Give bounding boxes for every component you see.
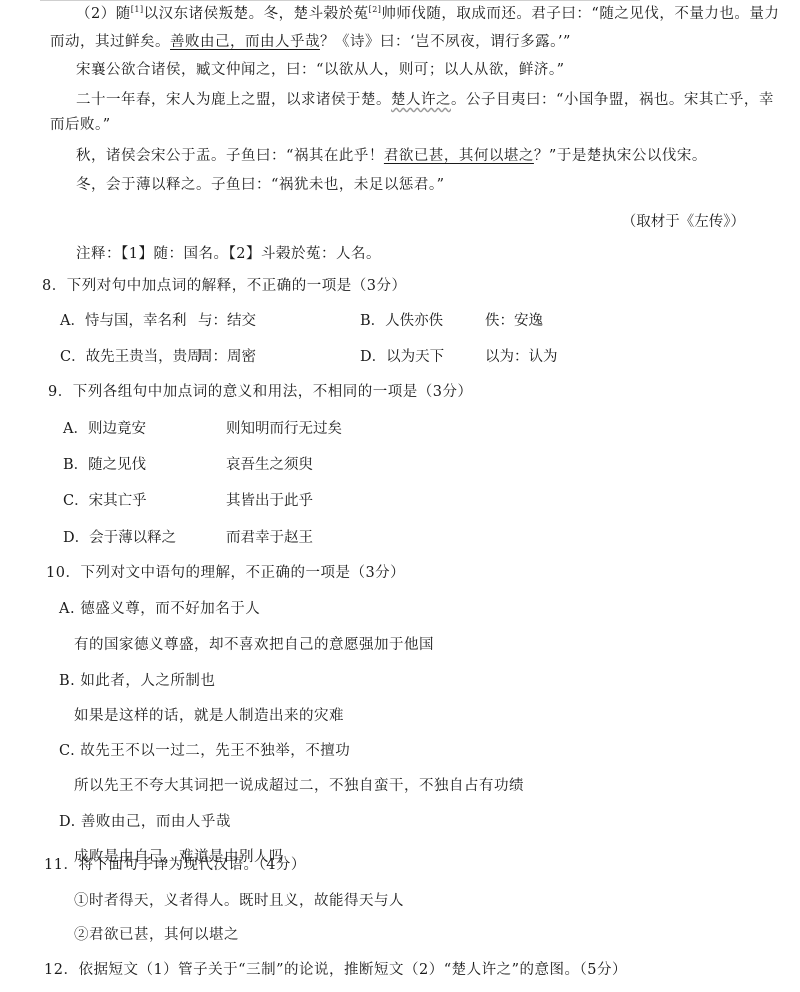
text: 二十一年春，宋人为鹿上之盟，以求诸侯于楚。 <box>76 92 391 108</box>
q9-option-d-right: 而君幸于赵王 <box>226 526 313 547</box>
q9-option-b-left: B．随之见伐 <box>63 453 146 474</box>
q10-option-b: B. 如此者，人之所制也 <box>59 669 215 690</box>
q8-option-a-explain: 与：结交 <box>198 309 256 330</box>
q8-option-d: D．以为天下 <box>360 345 444 366</box>
text: 秋，诸侯会宋公于盂。子鱼曰：“祸其在此乎！ <box>76 148 384 164</box>
question-12-stem: 12．依据短文（1）管子关于“三制”的论说，推断短文（2）“楚人许之”的意图。（… <box>44 958 627 979</box>
q9-option-a-left: A．则边竟安 <box>63 417 146 438</box>
q10-option-a-explain: 有的国家德义尊盛，却不喜欢把自己的意愿强加于他国 <box>74 633 434 654</box>
text: ？”于是楚执宋公以伐宋。 <box>534 148 707 164</box>
source-citation: （取材于《左传》） <box>622 210 745 231</box>
underlined-sentence: 君欲已甚，其何以堪之 <box>384 148 534 164</box>
wavy-underlined-phrase: 楚人许之 <box>391 92 451 108</box>
passage-p1-line2: 而动，其过鲜矣。善败由己，而由人乎哉？《诗》曰：‘岂不夙夜，谓行多露。’” <box>50 30 571 51</box>
q8-option-d-explain: 以为：认为 <box>485 345 558 366</box>
question-9-stem: 9．下列各组句中加点词的意义和用法，不相同的一项是（3分） <box>48 380 472 401</box>
passage-p1-line1: （2）随[1]以汉东诸侯叛楚。冬，楚斗榖於菟[2]帅师伐随，取成而还。君子曰：“… <box>76 2 779 23</box>
q10-option-a: A. 德盛义尊，而不好加名于人 <box>59 597 260 618</box>
annotation-notes: 注释：【1】随：国名。【2】斗榖於菟：人名。 <box>76 242 381 263</box>
text: （2）随 <box>76 6 131 22</box>
passage-p4: 秋，诸侯会宋公于盂。子鱼曰：“祸其在此乎！君欲已甚，其何以堪之？”于是楚执宋公以… <box>76 144 707 165</box>
passage-p5: 冬，会于薄以释之。子鱼曰：“祸犹未也，未足以惩君。” <box>76 173 445 194</box>
q9-option-c-left: C．宋其亡乎 <box>63 489 147 510</box>
passage-p2: 宋襄公欲合诸侯，臧文仲闻之，曰：“以欲从人，则可；以人从欲，鲜济。” <box>76 58 565 79</box>
q10-option-c: C. 故先王不以一过二，先王不独举，不擅功 <box>59 739 350 760</box>
q11-item-1: ①时者得天，义者得人。既时且义，故能得天与人 <box>74 889 404 910</box>
q8-option-b: B．人佚亦佚 <box>360 309 443 330</box>
underlined-sentence: 善败由己，而由人乎哉 <box>170 34 320 50</box>
question-10-stem: 10．下列对文中语句的理解，不正确的一项是（3分） <box>46 561 405 582</box>
text: 。公子目夷曰：“小国争盟，祸也。宋其亡乎，幸 <box>451 92 774 108</box>
question-8-stem: 8．下列对句中加点词的解释，不正确的一项是（3分） <box>42 274 406 295</box>
text: 而动，其过鲜矣。 <box>50 34 170 50</box>
q9-option-d-left: D．会于薄以释之 <box>63 526 176 547</box>
q8-option-c: C．故先王贵当，贵周 <box>60 345 202 366</box>
footnote-ref-2: [2] <box>369 5 382 14</box>
q9-option-c-right: 其皆出于此乎 <box>226 489 313 510</box>
text: 以汉东诸侯叛楚。冬，楚斗榖於菟 <box>144 6 369 22</box>
q10-option-d: D. 善败由己，而由人乎哉 <box>59 810 231 831</box>
footnote-ref-1: [1] <box>131 5 144 14</box>
passage-p3-line1: 二十一年春，宋人为鹿上之盟，以求诸侯于楚。楚人许之。公子目夷曰：“小国争盟，祸也… <box>76 88 774 109</box>
page-top-rule <box>40 0 640 1</box>
q11-item-2: ②君欲已甚，其何以堪之 <box>74 923 239 944</box>
q9-option-b-right: 哀吾生之须臾 <box>226 453 313 474</box>
q8-option-c-explain: 周：周密 <box>198 345 256 366</box>
text: ？《诗》曰：‘岂不夙夜，谓行多露。’” <box>320 34 571 50</box>
question-11-stem: 11．将下面句子译为现代汉语。（4分） <box>44 853 306 874</box>
q10-option-c-explain: 所以先王不夸大其词把一说成超过二，不独自蛮干，不独自占有功绩 <box>74 774 524 795</box>
text: 帅师伐随，取成而还。君子曰：“随之见伐，不量力也。量力 <box>381 6 779 22</box>
q10-option-b-explain: 如果是这样的话，就是人制造出来的灾难 <box>74 704 344 725</box>
passage-p3-line2: 而后败。” <box>50 113 111 134</box>
q8-option-b-explain: 佚：安逸 <box>485 309 543 330</box>
q9-option-a-right: 则知明而行无过矣 <box>226 417 342 438</box>
q8-option-a: A．恃与国，幸名利 <box>60 309 186 330</box>
